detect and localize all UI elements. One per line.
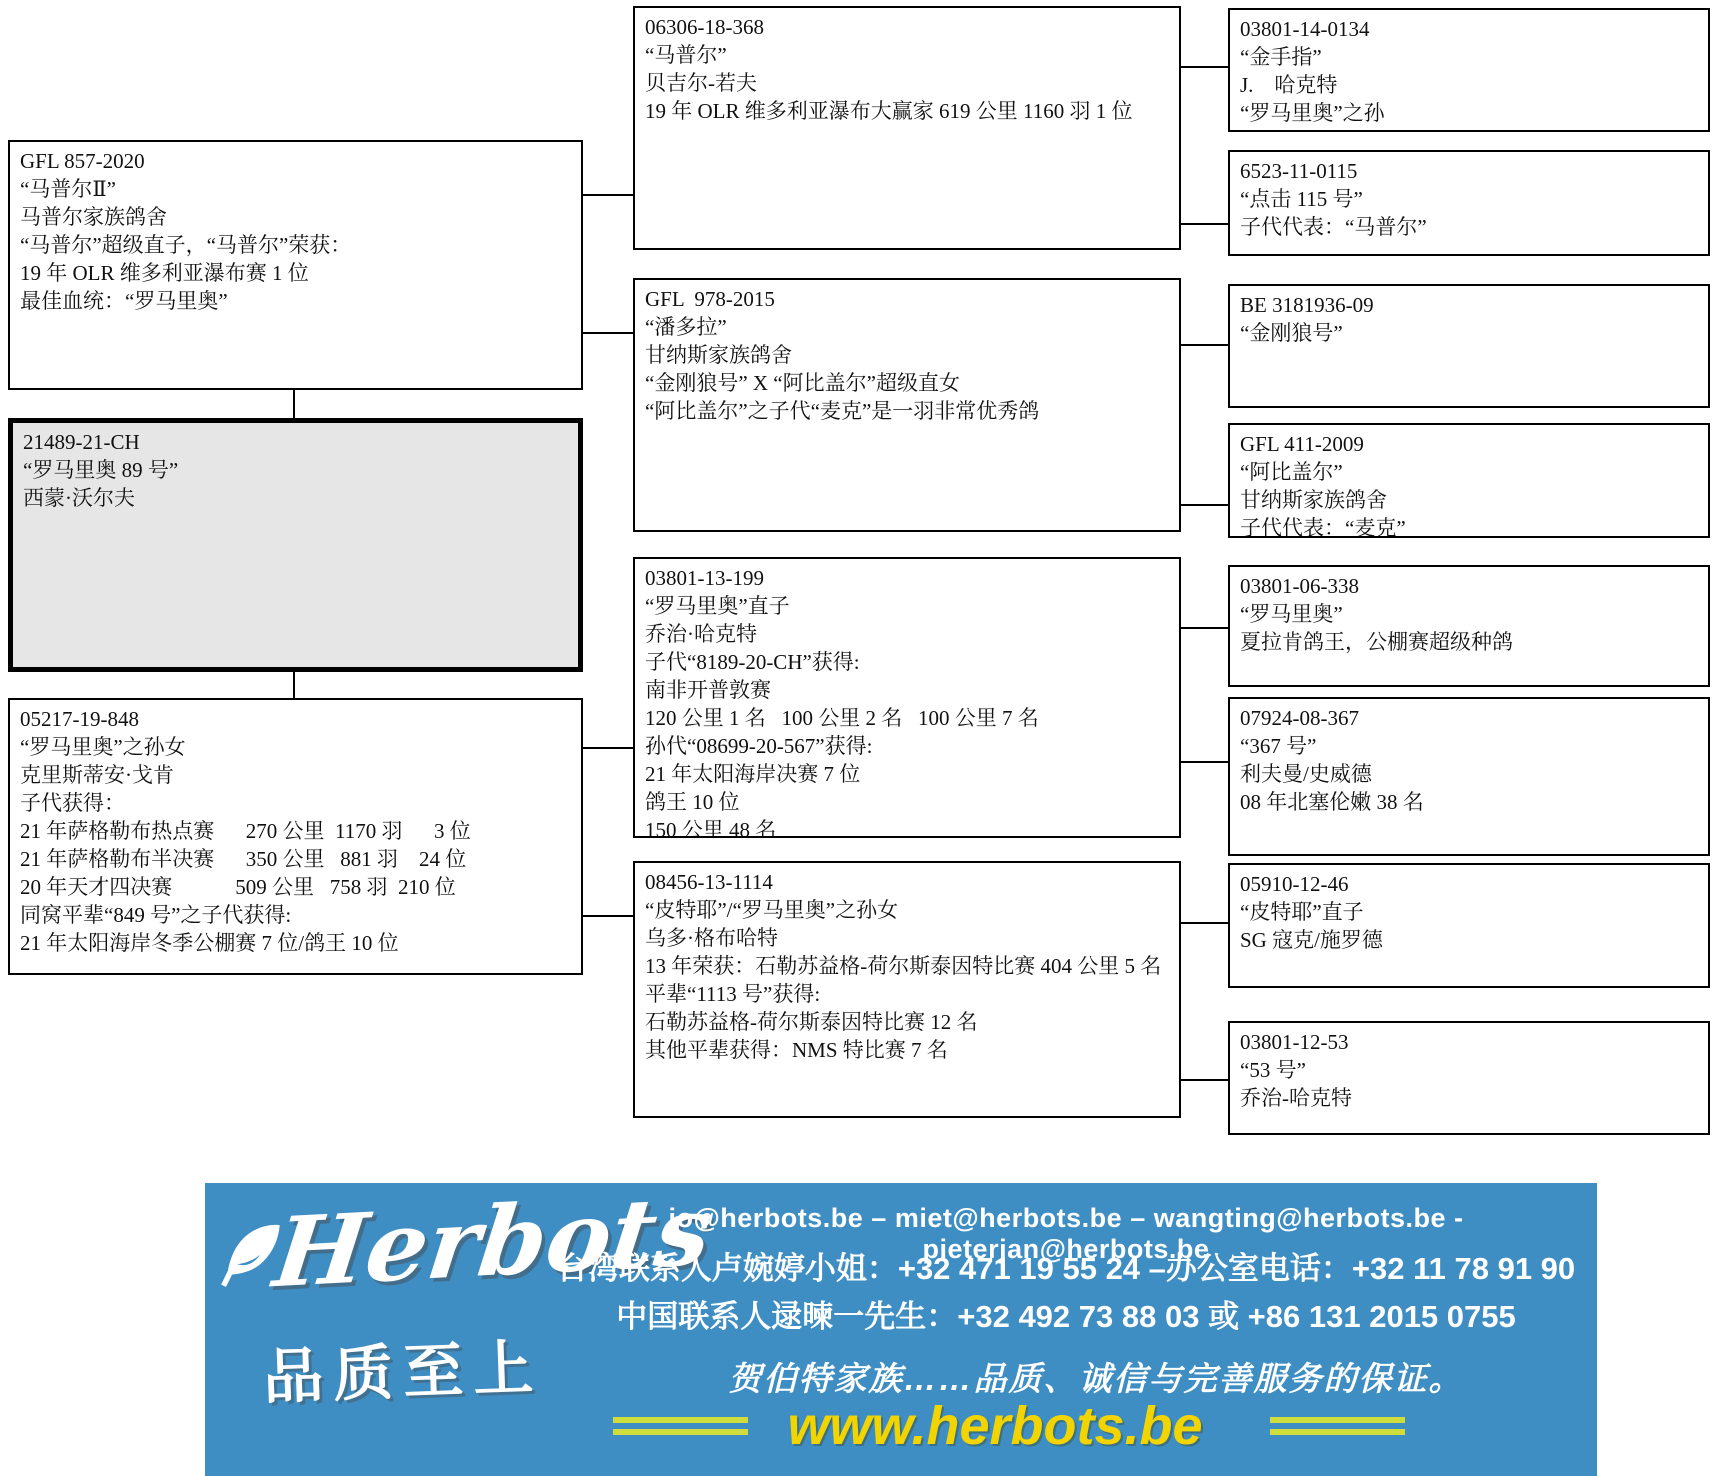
pedigree-box-ggp5: 03801-06-338 “罗马里奥” 夏拉肯鸽王，公棚赛超级种鸽 — [1228, 565, 1710, 687]
pedigree-box-ggp1: 03801-14-0134 “金手指” J. 哈克特 “罗马里奥”之孙 — [1228, 8, 1710, 132]
banner-slogan: 贺伯特家族……品质、诚信与完善服务的保证。 — [595, 1353, 1597, 1400]
connector-line — [1181, 66, 1228, 68]
connector-line — [1181, 627, 1228, 629]
website-url: www.herbots.be — [605, 1395, 1385, 1457]
pedigree-box-grandsire-paternal: 06306-18-368 “马普尔” 贝吉尔-若夫 19 年 OLR 维多利亚瀑… — [633, 6, 1181, 250]
connector-line — [1181, 1079, 1228, 1081]
pedigree-box-father: GFL 857-2020 “马普尔Ⅱ” 马普尔家族鸽舍 “马普尔”超级直子，“马… — [8, 140, 583, 390]
pedigree-box-ggp8: 03801-12-53 “53 号” 乔治-哈克特 — [1228, 1021, 1710, 1135]
connector-line — [1181, 344, 1228, 346]
pedigree-box-ggp7: 05910-12-46 “皮特耶”直子 SG 寇克/施罗德 — [1228, 863, 1710, 988]
pedigree-box-granddam-maternal: 08456-13-1114 “皮特耶”/“罗马里奥”之孙女 乌多·格布哈特 13… — [633, 861, 1181, 1118]
connector-line — [1181, 223, 1228, 225]
pedigree-chart: 21489-21-CH “罗马里奥 89 号” 西蒙·沃尔夫 GFL 857-2… — [0, 0, 1720, 1476]
connector-line — [293, 672, 295, 698]
banner-contact-taiwan: 台湾联系人卢婉婷小姐：+32 471 19 55 24 –办公室电话：+32 1… — [535, 1243, 1597, 1288]
pedigree-box-ggp6: 07924-08-367 “367 号” 利夫曼/史威德 08 年北塞伦嫩 38… — [1228, 697, 1710, 856]
connector-line — [293, 390, 295, 418]
connector-line — [583, 194, 633, 196]
pedigree-box-ggp3: BE 3181936-09 “金刚狼号” — [1228, 284, 1710, 408]
banner-tagline: 品质至上 — [262, 1320, 545, 1416]
herbots-banner: Herbots 品质至上 jo@herbots.be – miet@herbot… — [205, 1183, 1597, 1476]
pedigree-box-ggp2: 6523-11-0115 “点击 115 号” 子代代表：“马普尔” — [1228, 150, 1710, 256]
connector-line — [583, 915, 633, 917]
pedigree-box-granddam-paternal: GFL 978-2015 “潘多拉” 甘纳斯家族鸽舍 “金刚狼号” X “阿比盖… — [633, 278, 1181, 532]
double-bar-decoration-right — [1270, 1415, 1405, 1439]
pedigree-box-mother: 05217-19-848 “罗马里奥”之孙女 克里斯蒂安·戈肯 子代获得： 21… — [8, 698, 583, 975]
pedigree-box-subject: 21489-21-CH “罗马里奥 89 号” 西蒙·沃尔夫 — [8, 418, 583, 672]
connector-line — [583, 332, 633, 334]
pedigree-box-ggp4: GFL 411-2009 “阿比盖尔” 甘纳斯家族鸽舍 子代代表：“麦克” — [1228, 423, 1710, 538]
connector-line — [1181, 922, 1228, 924]
pedigree-box-grandsire-maternal: 03801-13-199 “罗马里奥”直子 乔治·哈克特 子代“8189-20-… — [633, 557, 1181, 838]
connector-line — [1181, 761, 1228, 763]
connector-line — [583, 747, 633, 749]
connector-line — [1181, 504, 1228, 506]
banner-contact-china: 中国联系人逯暕一先生：+32 492 73 88 03 或 +86 131 20… — [535, 1291, 1597, 1336]
